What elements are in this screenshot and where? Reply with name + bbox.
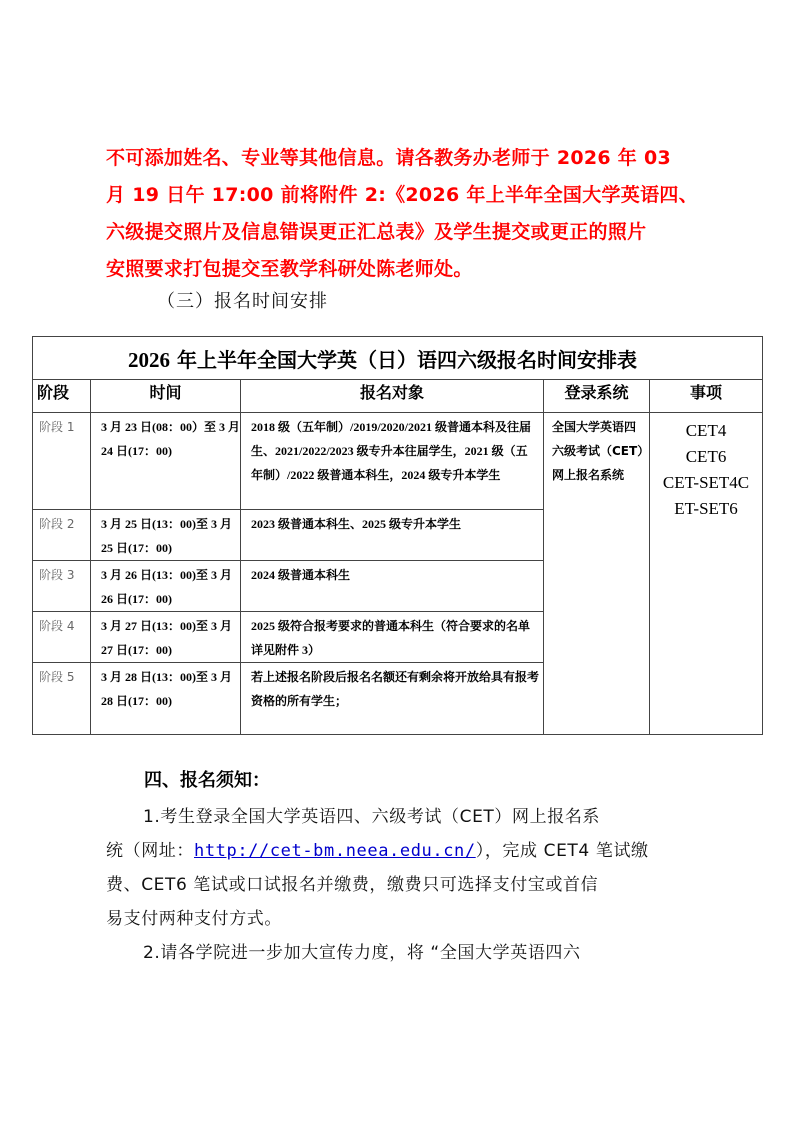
sub-heading: （三）报名时间安排 [157,287,328,313]
time-cell: 3 月 26 日(13：00)至 3 月 26 日(17：00) [91,561,241,612]
header-system: 登录系统 [544,380,650,413]
item: CET4 [650,418,762,444]
target-cell: 2018 级（五年制）/2019/2020/2021 级普通本科及往届生、202… [241,413,544,510]
time-cell: 3 月 28 日(13：00)至 3 月 28 日(17：00) [91,663,241,735]
table-title: 2026 年上半年全国大学英（日）语四六级报名时间安排表 [33,337,763,380]
time-cell: 3 月 23 日(08：00）至 3 月 24 日(17：00) [91,413,241,510]
stage-cell: 阶段 2 [33,510,91,561]
note-1-line: 费、CET6 笔试或口试报名并缴费，缴费只可选择支付宝或首信 [106,868,706,902]
target-cell: 若上述报名阶段后报名名额还有剩余将开放给具有报考资格的所有学生； [241,663,544,735]
stage-cell: 阶段 3 [33,561,91,612]
item: CET6 [650,444,762,470]
table-header-row: 阶段 时间 报名对象 登录系统 事项 [33,380,763,413]
stage-cell: 阶段 1 [33,413,91,510]
time-cell: 3 月 25 日(13：00)至 3 月 25 日(17：00) [91,510,241,561]
stage-cell: 阶段 5 [33,663,91,735]
registration-link[interactable]: http://cet-bm.neea.edu.cn/ [194,841,476,861]
stage-cell: 阶段 4 [33,612,91,663]
table-row: 阶段 1 3 月 23 日(08：00）至 3 月 24 日(17：00) 20… [33,413,763,510]
note-1-line: 易支付两种支付方式。 [106,902,706,936]
target-cell: 2025 级符合报考要求的普通本科生（符合要求的名单详见附件 3） [241,612,544,663]
notice-line: 月 19 日午 17:00 前将附件 2:《2026 年上半年全国大学英语四、 [106,177,706,214]
schedule-table: 2026 年上半年全国大学英（日）语四六级报名时间安排表 阶段 时间 报名对象 … [32,336,763,735]
notice-line: 六级提交照片及信息错误更正汇总表》及学生提交或更正的照片 [106,214,706,251]
header-items: 事项 [650,380,763,413]
item: ET-SET6 [650,496,762,522]
item: CET-SET4C [650,470,762,496]
header-target: 报名对象 [241,380,544,413]
notice-line: 不可添加姓名、专业等其他信息。请各教务办老师于 2026 年 03 [106,140,706,177]
target-cell: 2024 级普通本科生 [241,561,544,612]
section-heading: 四、报名须知： [144,766,270,792]
registration-notes: 1.考生登录全国大学英语四、六级考试（CET）网上报名系 统（网址：http:/… [106,800,706,970]
system-cell: 全国大学英语四六级考试（CET）网上报名系统 [544,413,650,735]
items-cell: CET4 CET6 CET-SET4C ET-SET6 [650,413,763,735]
note-1-line: 统（网址：http://cet-bm.neea.edu.cn/），完成 CET4… [106,834,706,868]
note-1-line: 1.考生登录全国大学英语四、六级考试（CET）网上报名系 [106,800,706,834]
notice-line: 安照要求打包提交至教学科研处陈老师处。 [106,251,706,288]
header-stage: 阶段 [33,380,91,413]
target-cell: 2023 级普通本科生、2025 级专升本学生 [241,510,544,561]
time-cell: 3 月 27 日(13：00)至 3 月 27 日(17：00) [91,612,241,663]
note-2-line: 2.请各学院进一步加大宣传力度，将 “全国大学英语四六 [106,936,706,970]
red-notice-paragraph: 不可添加姓名、专业等其他信息。请各教务办老师于 2026 年 03 月 19 日… [106,140,706,288]
header-time: 时间 [91,380,241,413]
